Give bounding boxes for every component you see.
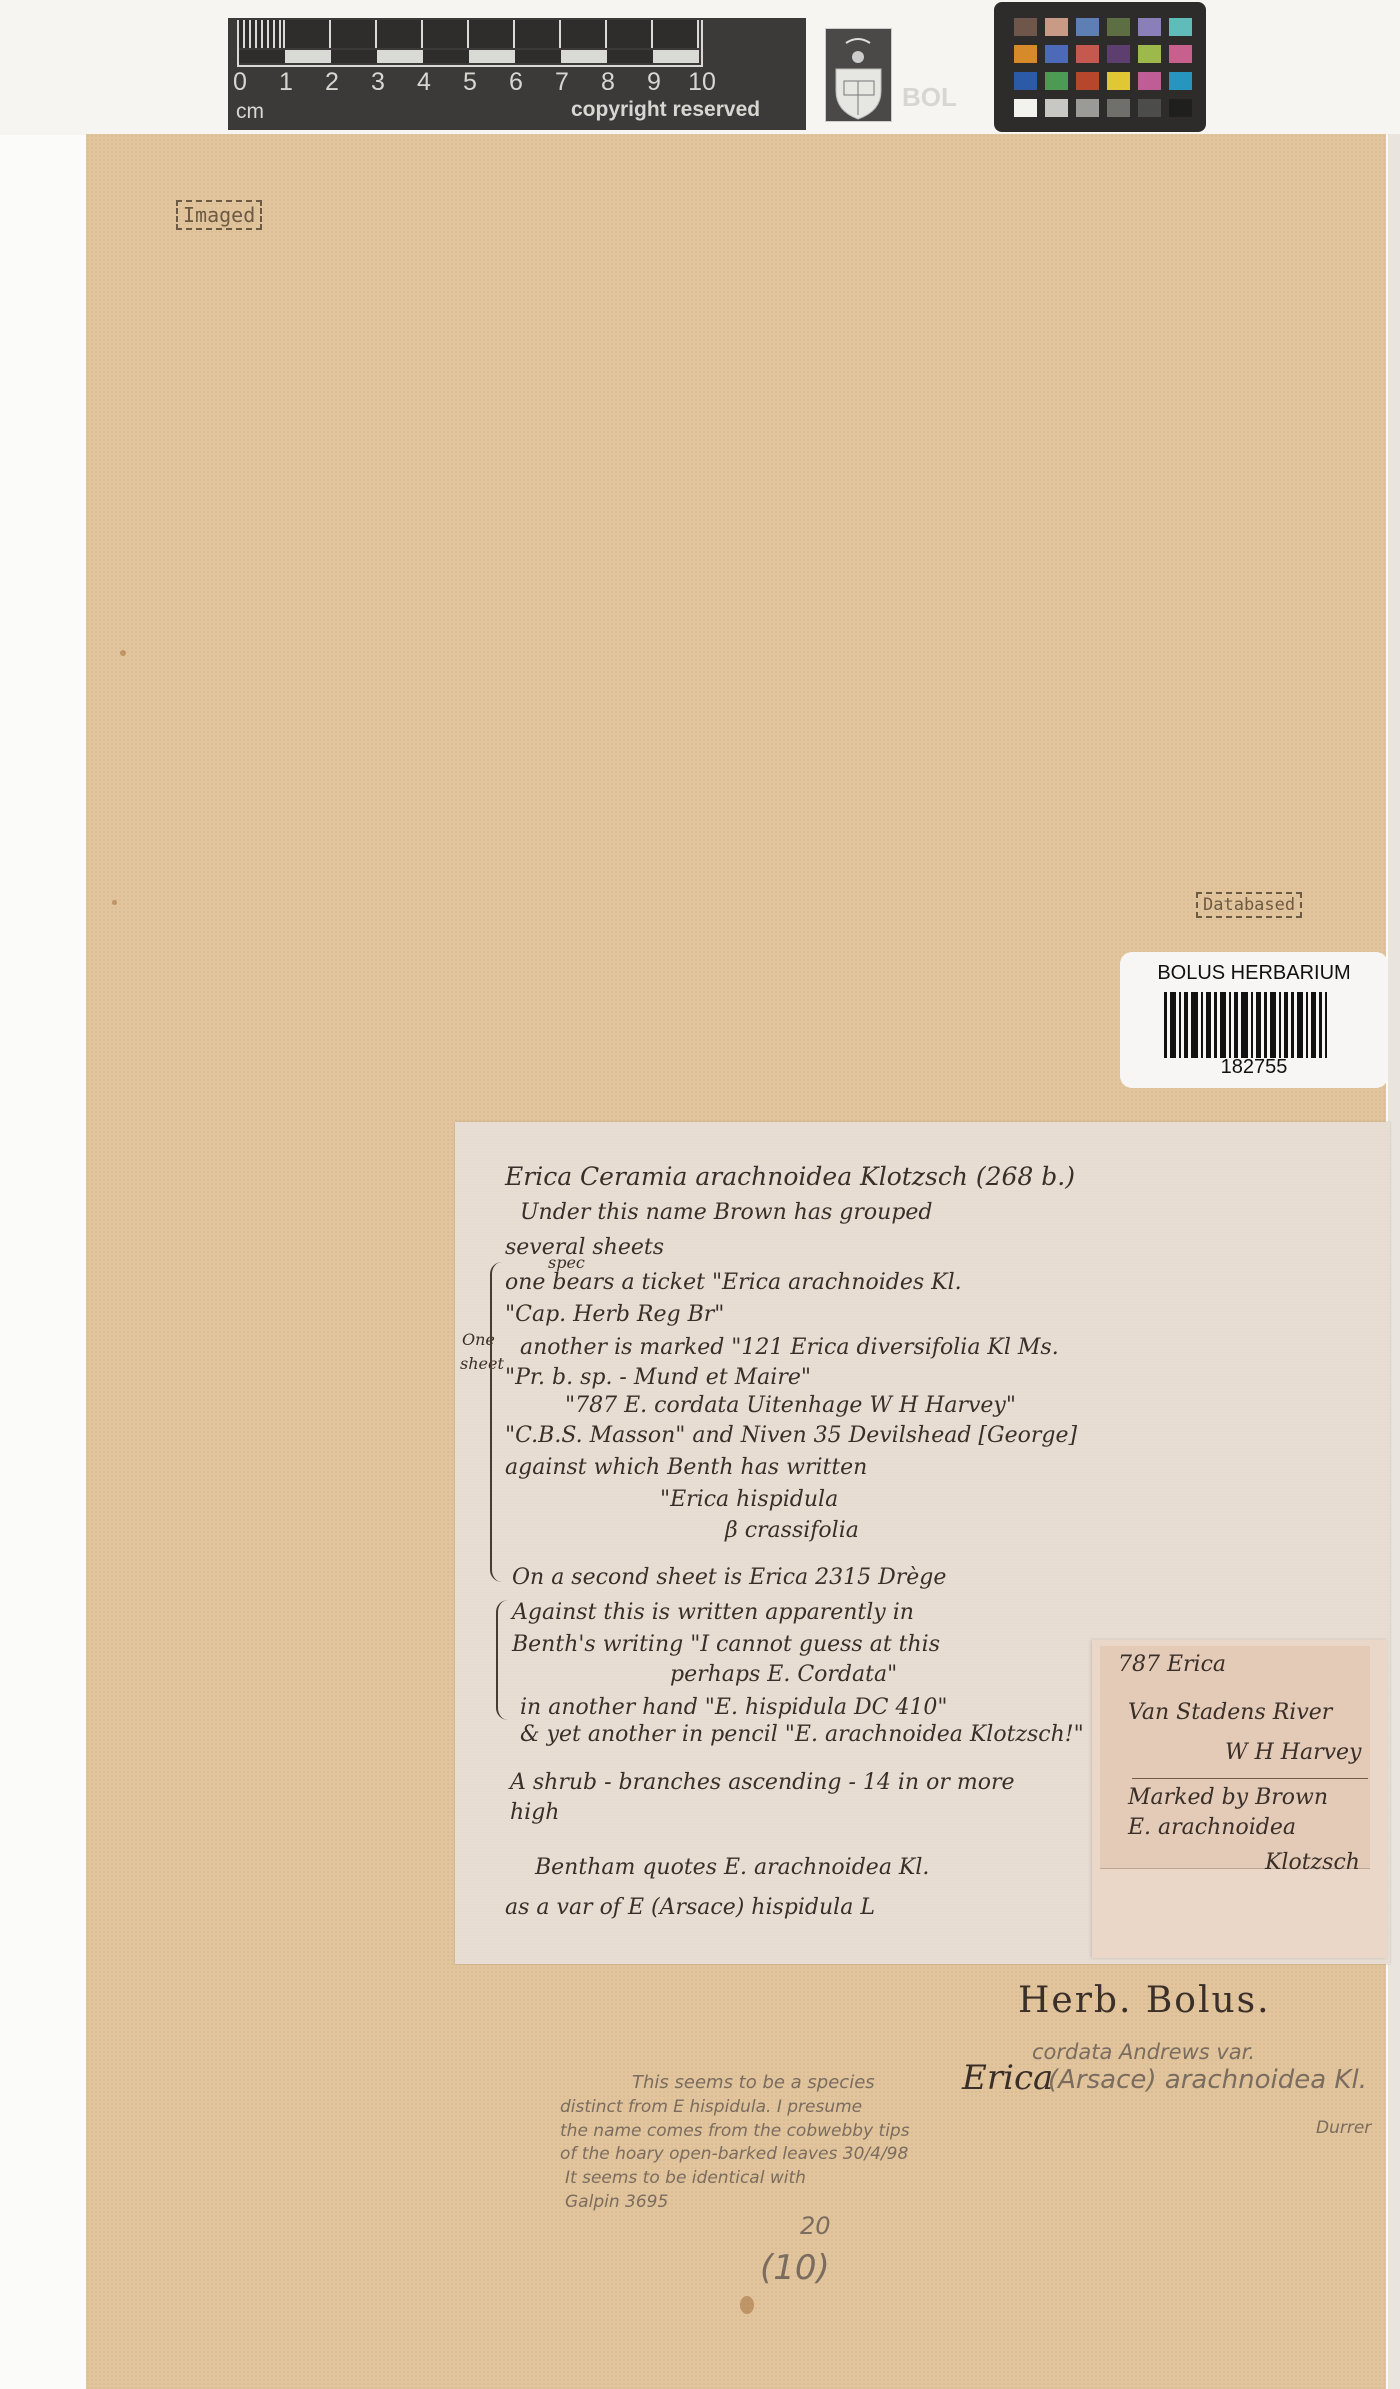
ruler-number: 4 xyxy=(409,68,439,97)
ruler-number: 3 xyxy=(363,68,393,97)
notes-line: "Erica hispidula xyxy=(660,1487,838,1512)
notes-line: Benth's writing "I cannot guess at this xyxy=(512,1632,940,1657)
determination-genus: Erica xyxy=(962,2058,1053,2098)
color-chip xyxy=(1014,72,1037,90)
color-chip xyxy=(1045,45,1068,63)
pencil-note-line: the name comes from the cobwebby tips xyxy=(560,2121,910,2141)
foxing-spot xyxy=(740,2296,754,2314)
color-chip xyxy=(1014,99,1037,117)
ruler-number: 1 xyxy=(271,68,301,97)
color-chip xyxy=(1076,45,1099,63)
ruler-number: 7 xyxy=(547,68,577,97)
color-chip xyxy=(1138,72,1161,90)
pencil-note-line: of the hoary open-barked leaves 30/4/98 xyxy=(560,2144,908,2164)
slip-line: 787 Erica xyxy=(1118,1652,1226,1677)
folio-number-top: 20 xyxy=(800,2212,831,2240)
ruler-unit: cm xyxy=(236,100,264,124)
barcode-title: BOLUS HERBARIUM xyxy=(1120,962,1388,985)
color-chip xyxy=(1107,45,1130,63)
slip-line: Van Stadens River xyxy=(1128,1700,1332,1725)
notes-line: in another hand "E. hispidula DC 410" xyxy=(520,1695,948,1720)
ruler-number: 9 xyxy=(639,68,669,97)
color-chip xyxy=(1138,99,1161,117)
color-chip xyxy=(1169,45,1192,63)
color-chip xyxy=(1138,45,1161,63)
imaged-stamp: Imaged xyxy=(176,200,262,230)
color-chip xyxy=(1076,18,1099,36)
databased-stamp: Databased xyxy=(1196,892,1302,918)
bracket xyxy=(490,1262,506,1582)
notes-line: another is marked "121 Erica diversifoli… xyxy=(520,1335,1059,1360)
notes-line: β crassifolia xyxy=(725,1518,859,1543)
color-chip xyxy=(1107,18,1130,36)
ruler-number: 10 xyxy=(687,68,717,97)
color-chip xyxy=(1045,18,1068,36)
color-checker xyxy=(994,2,1206,132)
notes-line: On a second sheet is Erica 2315 Drège xyxy=(512,1565,946,1590)
slip-line: W H Harvey xyxy=(1225,1740,1361,1765)
barcode-label: BOLUS HERBARIUM 182755 xyxy=(1120,952,1388,1088)
notes-line: "787 E. cordata Uitenhage W H Harvey" xyxy=(565,1393,1016,1418)
notes-line: Bentham quotes E. arachnoidea Kl. xyxy=(535,1855,929,1880)
notes-line: Against this is written apparently in xyxy=(512,1600,914,1625)
color-chip xyxy=(1076,99,1099,117)
collector-name: Durrer xyxy=(1316,2118,1371,2138)
ruler-number: 2 xyxy=(317,68,347,97)
color-chip xyxy=(1169,72,1192,90)
determination-annotation: cordata Andrews var. xyxy=(1032,2040,1255,2064)
herbarium-name: Herb. Bolus. xyxy=(1018,1980,1271,2021)
notes-line: one bears a ticket "Erica arachnoides Kl… xyxy=(505,1270,962,1295)
color-chip xyxy=(1014,45,1037,63)
ruler-number: 6 xyxy=(501,68,531,97)
pencil-note-line: This seems to be a species xyxy=(632,2072,875,2093)
slip-divider xyxy=(1132,1778,1368,1779)
color-chip xyxy=(1107,72,1130,90)
foxing-spot xyxy=(112,900,117,905)
color-chip xyxy=(1169,18,1192,36)
copyright-text: copyright reserved xyxy=(571,98,760,122)
ruler-number: 5 xyxy=(455,68,485,97)
notes-line: "Cap. Herb Reg Br" xyxy=(505,1302,724,1327)
notes-line: high xyxy=(510,1800,559,1825)
notes-line: against which Benth has written xyxy=(505,1455,867,1480)
color-chip xyxy=(1045,72,1068,90)
notes-line: perhaps E. Cordata" xyxy=(670,1662,897,1687)
notes-line: Under this name Brown has grouped xyxy=(520,1200,933,1225)
institution-code: BOL xyxy=(902,82,957,113)
notes-line: as a var of E (Arsace) hispidula L xyxy=(505,1895,875,1920)
foxing-spot xyxy=(120,650,126,656)
folio-number-bottom: (10) xyxy=(760,2248,830,2288)
notes-line: & yet another in pencil "E. arachnoidea … xyxy=(520,1722,1084,1747)
determination-species: (Arsace) arachnoidea Kl. xyxy=(1048,2065,1367,2095)
scale-ruler: 0 1 2 3 4 5 6 7 8 9 10 cm copyright rese… xyxy=(228,18,806,130)
ruler-ticks xyxy=(237,20,703,67)
pencil-note-line: distinct from E hispidula. I presume xyxy=(560,2097,862,2117)
color-chip xyxy=(1014,18,1037,36)
notes-line: "C.B.S. Masson" and Niven 35 Devilshead … xyxy=(505,1423,1077,1448)
notes-line: A shrub - branches ascending - 14 in or … xyxy=(510,1770,1015,1795)
pencil-note-line: Galpin 3695 xyxy=(565,2192,668,2212)
barcode-number: 182755 xyxy=(1120,1056,1388,1079)
barcode-icon xyxy=(1164,992,1344,1058)
color-chip xyxy=(1169,99,1192,117)
notes-title: Erica Ceramia arachnoidea Klotzsch (268 … xyxy=(505,1162,1075,1191)
ruler-number: 0 xyxy=(225,68,255,97)
color-chip xyxy=(1076,72,1099,90)
color-chip xyxy=(1045,99,1068,117)
slip-line: Marked by Brown xyxy=(1128,1785,1328,1810)
ruler-number: 8 xyxy=(593,68,623,97)
color-chip xyxy=(1138,18,1161,36)
notes-line: "Pr. b. sp. - Mund et Maire" xyxy=(505,1365,811,1390)
color-chip xyxy=(1107,99,1130,117)
slip-line: E. arachnoidea xyxy=(1128,1815,1296,1840)
slip-line: Klotzsch xyxy=(1265,1850,1360,1875)
crest-icon xyxy=(825,28,892,122)
pencil-note-line: It seems to be identical with xyxy=(565,2168,806,2188)
bracket xyxy=(496,1600,508,1720)
